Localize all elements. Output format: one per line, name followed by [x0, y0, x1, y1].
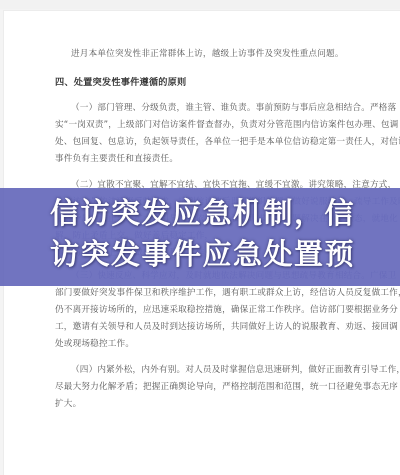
para1-line3: 处、包回复、包息访，负起领导责任，各单位一把手是本单位信访稳定第一责任人，对信访 — [55, 137, 400, 148]
section-heading: 四、处置突发性事件遵循的原则 — [55, 77, 186, 88]
overlay-title-line2: 访突发事件应急处置预 — [50, 234, 390, 275]
para4-line3: 扩大。 — [55, 399, 81, 410]
para1-line4: 事件负有主要责任和直接责任。 — [55, 154, 178, 165]
para1-line1: （一）部门管理、分级负责，谁主管、谁负责。事前预防与事后应急相结合。严格落 — [71, 103, 396, 114]
overlay-title: 信访突发应急机制，信 访突发事件应急处置预 — [50, 193, 390, 275]
para3-line1: 部门要做好突发事件保卫和秩序维护工作，遇有职工或群众上访，经信访人员反复做工作， — [55, 288, 400, 299]
intro-line: 进月本单位突发性非正常群体上访，越级上访事件及突发性重点问题。 — [71, 49, 344, 60]
para4-line2: 尽最大努力化解矛盾；把握正确舆论导向，严格控制范围和范围，统一口径避免事态无序 — [55, 382, 398, 393]
para3-line2: 仍不离开接访场所的，应迅速采取稳控措施，确保正常工作秩序。信访部门要根据业务分 — [55, 305, 398, 316]
para3-line4: 处或现场稳控工作。 — [55, 339, 134, 350]
para4-line1: （四）内紧外松，内外有别。对人员及时掌握信息迅速研判，做好正面教育引导工作， — [71, 365, 400, 376]
para1-line2: 实“一岗双责”，上级部门对信访案件督查督办，负责对分管范围内信访案件包办理、包调 — [55, 120, 398, 131]
para3-line3: 工，邀请有关领导和人员及时到达接访场所，共同做好上访人的说服教育、劝返、接回调 — [55, 322, 398, 333]
top-bar — [0, 0, 400, 9]
overlay-title-line1: 信访突发应急机制，信 — [50, 193, 390, 234]
